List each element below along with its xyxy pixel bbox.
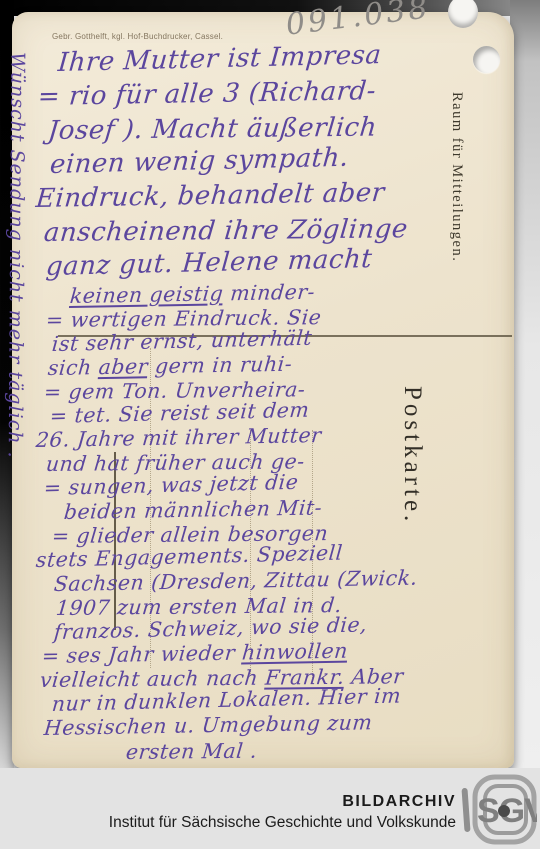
scan-background-right — [510, 0, 540, 768]
postcard-scan: Gebr. Gotthelft, kgl. Hof-Buchdrucker, C… — [0, 0, 540, 849]
institute-subtitle: Institut für Sächsische Geschichte und V… — [109, 812, 456, 833]
bildarchiv-title: BILDARCHIV — [109, 792, 456, 812]
archive-footer-bar: BILDARCHIV Institut für Sächsische Gesch… — [0, 768, 540, 849]
archive-footer-text: BILDARCHIV Institut für Sächsische Gesch… — [109, 792, 456, 833]
handwriting-line: ersten Mal . — [125, 736, 511, 764]
postcard: Gebr. Gotthelft, kgl. Hof-Buchdrucker, C… — [12, 12, 514, 768]
archive-number: 091.038 — [284, 0, 432, 43]
printer-imprint: Gebr. Gotthelft, kgl. Hof-Buchdrucker, C… — [52, 32, 223, 41]
punch-hole-notch — [448, 0, 478, 28]
handwriting-line: Eindruck, behandelt aber — [35, 174, 512, 216]
handwritten-message: Ihre Mutter ist Impresa= rio für alle 3 … — [30, 46, 510, 764]
handwriting-line: = rio für alle 3 (Richard- — [37, 72, 512, 114]
isgv-logo: SGV — [459, 774, 537, 846]
handwritten-margin-note: Wünscht Sendung nicht mehr täglich . — [1, 52, 28, 772]
